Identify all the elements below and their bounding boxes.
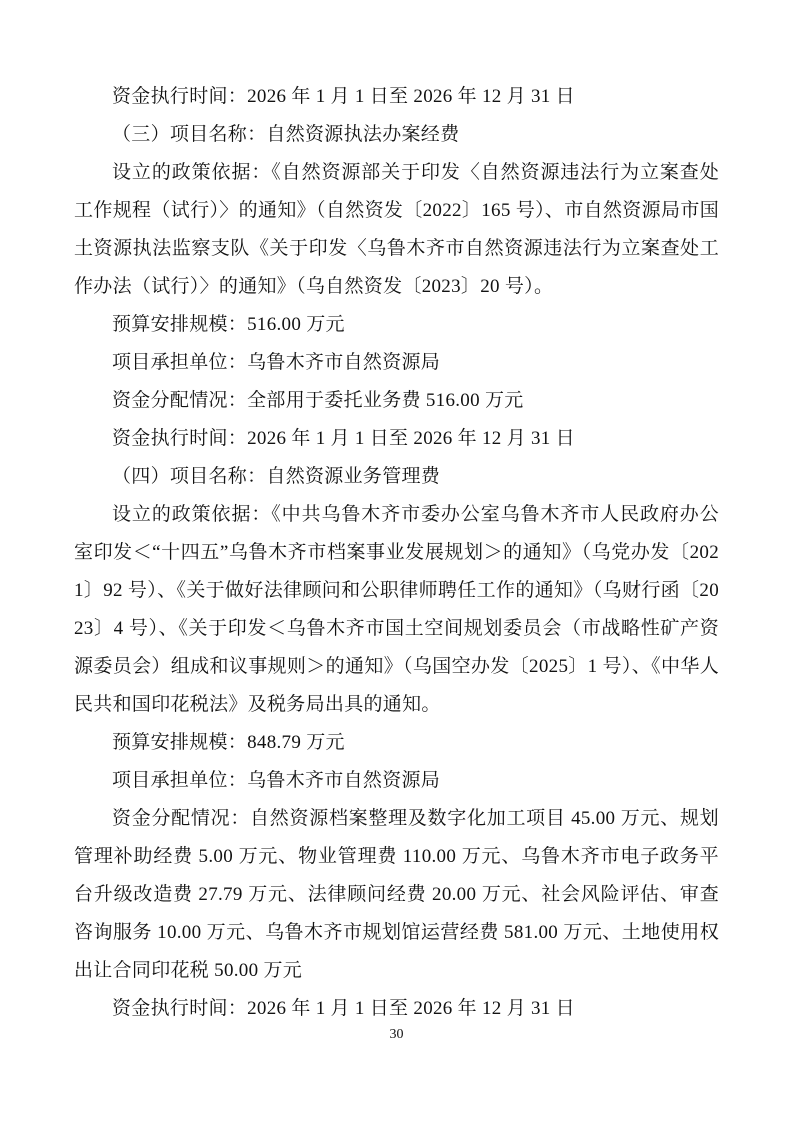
paragraph: 项目承担单位：乌鲁木齐市自然资源局 [74,762,719,800]
paragraph-item-heading: （四）项目名称：自然资源业务管理费 [74,458,719,496]
paragraph: 预算安排规模：516.00 万元 [74,306,719,344]
paragraph: 预算安排规模：848.79 万元 [74,724,719,762]
document-page: 资金执行时间：2026 年 1 月 1 日至 2026 年 12 月 31 日 … [0,0,793,1122]
paragraph: 资金分配情况：全部用于委托业务费 516.00 万元 [74,382,719,420]
paragraph: 资金执行时间：2026 年 1 月 1 日至 2026 年 12 月 31 日 [74,78,719,116]
paragraph: 设立的政策依据：《自然资源部关于印发〈自然资源违法行为立案查处工作规程（试行）〉… [74,154,719,306]
paragraph: 项目承担单位：乌鲁木齐市自然资源局 [74,344,719,382]
paragraph: 资金分配情况：自然资源档案整理及数字化加工项目 45.00 万元、规划管理补助经… [74,800,719,990]
paragraph: 资金执行时间：2026 年 1 月 1 日至 2026 年 12 月 31 日 [74,420,719,458]
paragraph-item-heading: （三）项目名称：自然资源执法办案经费 [74,116,719,154]
paragraph: 资金执行时间：2026 年 1 月 1 日至 2026 年 12 月 31 日 [74,990,719,1028]
page-body: 资金执行时间：2026 年 1 月 1 日至 2026 年 12 月 31 日 … [74,78,719,1028]
page-number: 30 [0,1027,793,1043]
paragraph: 设立的政策依据：《中共乌鲁木齐市委办公室乌鲁木齐市人民政府办公室印发＜“十四五”… [74,496,719,724]
